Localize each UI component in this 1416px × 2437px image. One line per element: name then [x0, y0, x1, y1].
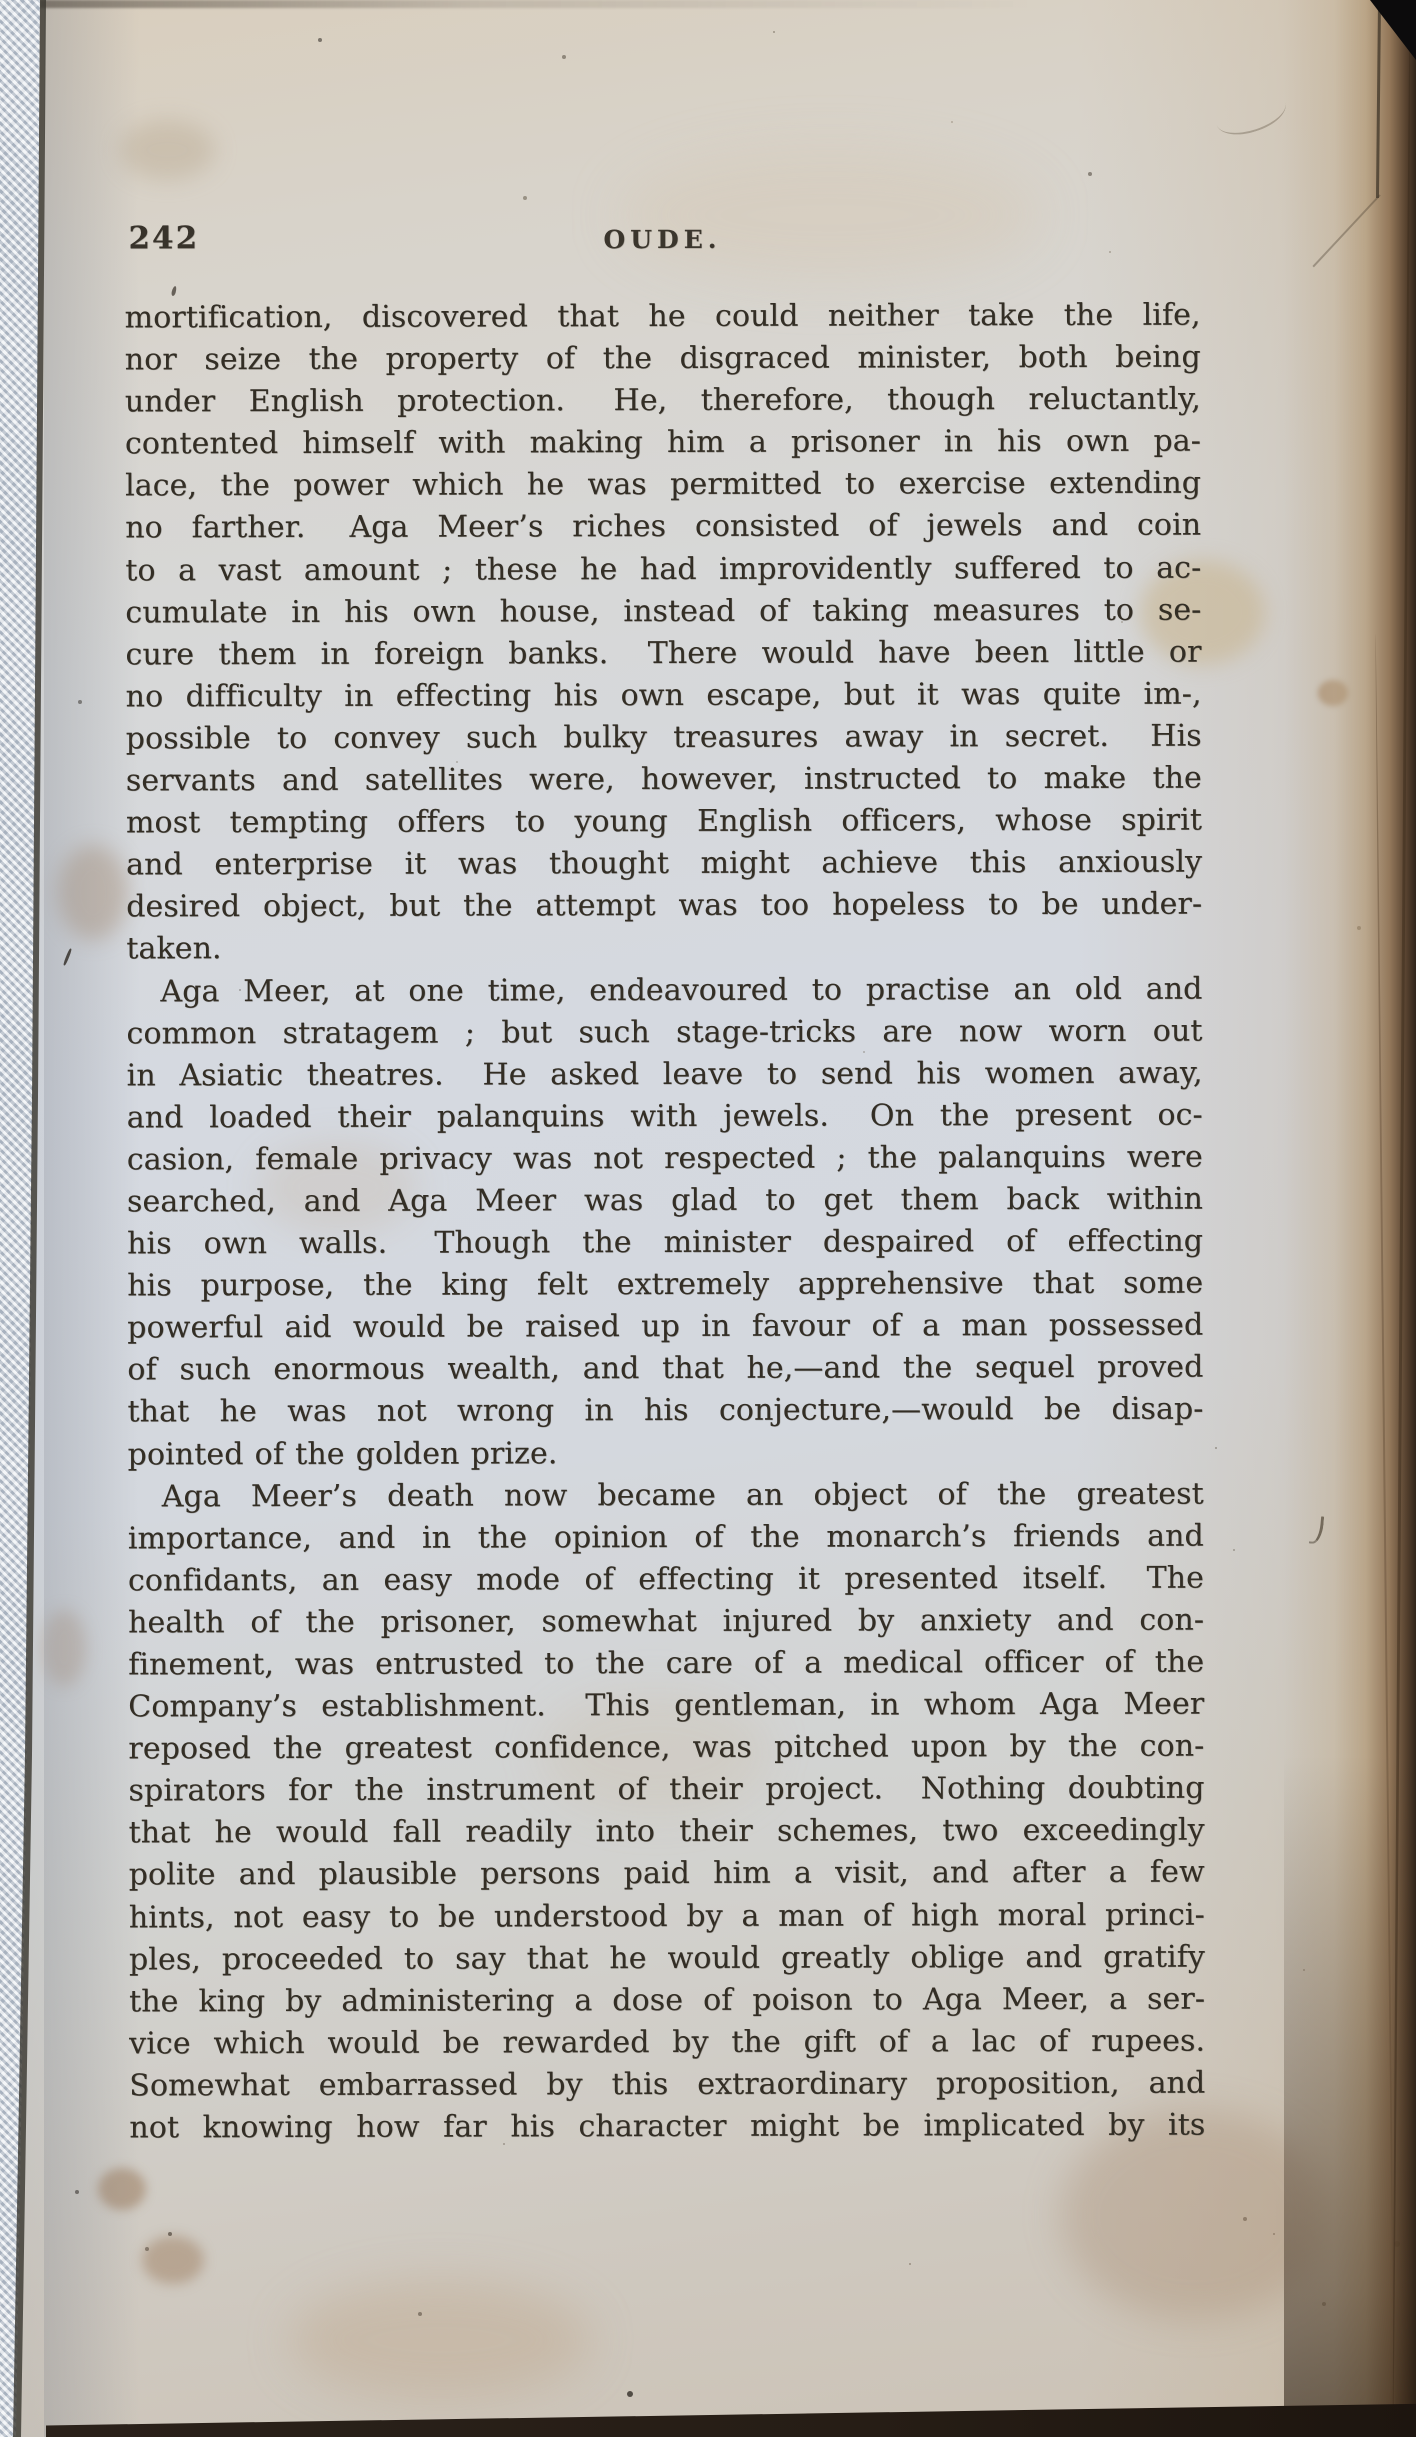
text-line: in Asiatic theatres. He asked leave to s… — [127, 1052, 1203, 1097]
text-line: reposed the greatest confidence, was pit… — [128, 1726, 1204, 1771]
text-line: taken. — [126, 926, 1202, 971]
foxing-stain — [290, 2280, 590, 2400]
text-line: desired object, but the attempt was too … — [126, 884, 1202, 929]
text-line: contented himself with making him a pris… — [125, 421, 1201, 466]
page-body-text: mortification, discovered that he could … — [125, 295, 1206, 2150]
text-line: vice which would be rewarded by the gift… — [129, 2020, 1205, 2065]
text-line: searched, and Aga Meer was glad to get t… — [127, 1179, 1203, 1224]
page-number: 242 — [128, 220, 199, 256]
text-line: possible to convey such bulky treasures … — [126, 716, 1202, 761]
text-line: polite and plausible persons paid him a … — [129, 1852, 1205, 1897]
page-content: 242 OUDE. mortification, discovered that… — [124, 218, 1205, 2221]
text-line: importance, and in the opinion of the mo… — [128, 1515, 1204, 1560]
text-line: cumulate in his own house, instead of ta… — [125, 589, 1201, 634]
text-line: of such enormous wealth, and that he,—an… — [127, 1347, 1203, 1392]
text-line: not knowing how far his character might … — [129, 2105, 1205, 2150]
scanned-book-photo: 242 OUDE. mortification, discovered that… — [0, 0, 1416, 2437]
text-line: no farther. Aga Meer’s riches consisted … — [125, 505, 1201, 550]
text-line: finement, was entrusted to the care of a… — [128, 1642, 1204, 1687]
scratch-mark — [1211, 86, 1291, 142]
text-line: under English protection. He, therefore,… — [125, 379, 1201, 424]
text-line: Company’s establishment. This gentleman,… — [128, 1684, 1204, 1729]
text-line: that he was not wrong in his conjecture,… — [127, 1389, 1203, 1434]
text-line: servants and satellites were, however, i… — [126, 758, 1202, 803]
text-line: cure them in foreign banks. There would … — [125, 631, 1201, 676]
text-line: powerful aid would be raised up in favou… — [127, 1305, 1203, 1350]
text-line: Aga Meer’s death now became an object of… — [128, 1473, 1204, 1518]
text-line: nor seize the property of the disgraced … — [125, 337, 1201, 382]
text-line: the king by administering a dose of pois… — [129, 1978, 1205, 2023]
text-line: lace, the power which he was permitted t… — [125, 463, 1201, 508]
text-line: Aga Meer, at one time, endeavoured to pr… — [126, 968, 1202, 1013]
text-line: his own walls. Though the minister despa… — [127, 1221, 1203, 1266]
text-line: hints, not easy to be understood by a ma… — [129, 1894, 1205, 1939]
text-line: ples, proceeded to say that he would gre… — [129, 1936, 1205, 1981]
text-line: to a vast amount ; these he had improvid… — [125, 547, 1201, 592]
text-line: mortification, discovered that he could … — [125, 295, 1201, 340]
text-line: common stratagem ; but such stage-tricks… — [126, 1010, 1202, 1055]
bottom-edge-shadow — [46, 2401, 1416, 2437]
text-line: most tempting offers to young English of… — [126, 800, 1202, 845]
text-line: and loaded their palanquins with jewels.… — [127, 1094, 1203, 1139]
right-page-edges — [1284, 0, 1416, 2437]
page: 242 OUDE. mortification, discovered that… — [0, 0, 1416, 2437]
text-line: his purpose, the king felt extremely app… — [127, 1263, 1203, 1308]
text-line: no difficulty in effecting his own escap… — [126, 673, 1202, 718]
text-line: Somewhat embarrassed by this extraordina… — [129, 2063, 1205, 2108]
text-line: confidants, an easy mode of effecting it… — [128, 1557, 1204, 1602]
text-line: that he would fall readily into their sc… — [129, 1810, 1205, 1855]
text-line: pointed of the golden prize. — [128, 1431, 1204, 1476]
text-line: spirators for the instrument of their pr… — [128, 1768, 1204, 1813]
text-line: health of the prisoner, somewhat injured… — [128, 1599, 1204, 1644]
text-line: casion, female privacy was not respected… — [127, 1136, 1203, 1181]
page-top-edge-shadow — [40, 0, 1120, 8]
running-header: OUDE. — [124, 218, 1200, 256]
text-line: and enterprise it was thought might achi… — [126, 842, 1202, 887]
foxing-stain — [142, 2236, 204, 2284]
